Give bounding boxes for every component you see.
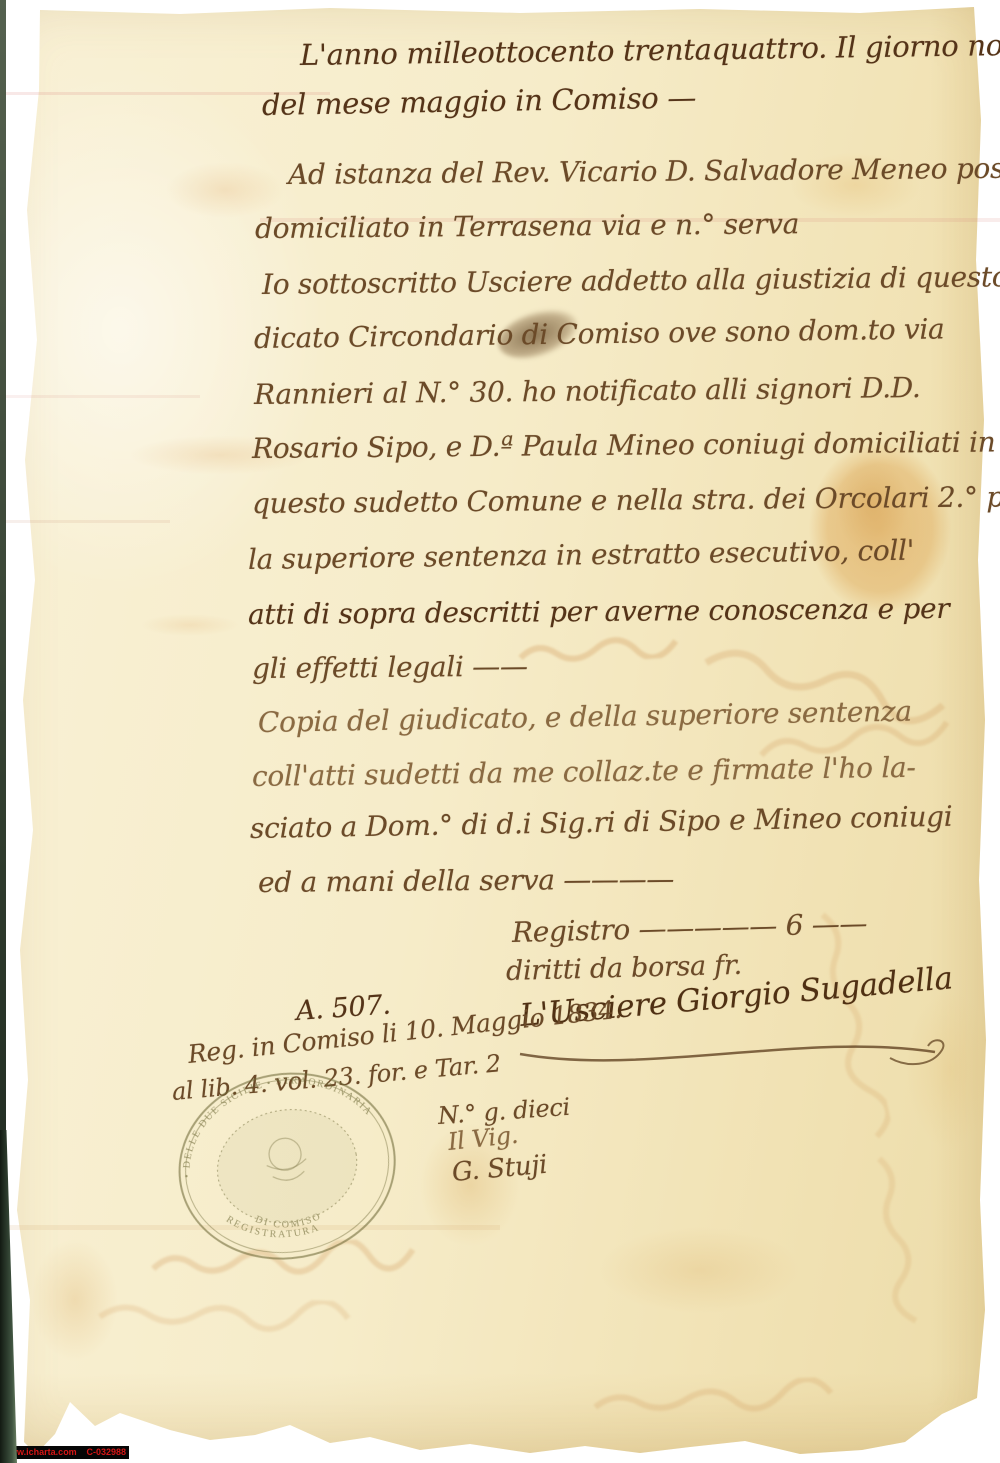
scanner-edge-wedge (0, 1130, 17, 1463)
manuscript-line: domiciliato in Terrasena via e n.° serva (255, 207, 799, 245)
watermark-code: C-032988 (86, 1446, 126, 1459)
archive-watermark-bar: www.icharta.com C-032988 (0, 1446, 129, 1459)
stamp-center-ring (208, 1099, 365, 1234)
signature-flourish (505, 1022, 975, 1082)
manuscript-line: questo sudetto Comune e nella stra. dei … (252, 480, 1000, 520)
manuscript-line: Rannieri al N.° 30. ho notificato alli s… (254, 371, 921, 411)
manuscript-line: Ad istanza del Rev. Vicario D. Salvadore… (288, 151, 1000, 191)
manuscript-line: gli effetti legali —— (252, 650, 528, 685)
registration-stamp: • DELLE DUE SICILIE • STRAORDINARIA REGI… (152, 1047, 425, 1295)
manuscript-line: Rosario Sipo, e D.ª Paula Mineo coniugi … (252, 426, 996, 465)
manuscript-line: ed a mani della serva ———— (258, 862, 674, 899)
manuscript-line: atti di sopra descritti per averne conos… (248, 592, 950, 631)
